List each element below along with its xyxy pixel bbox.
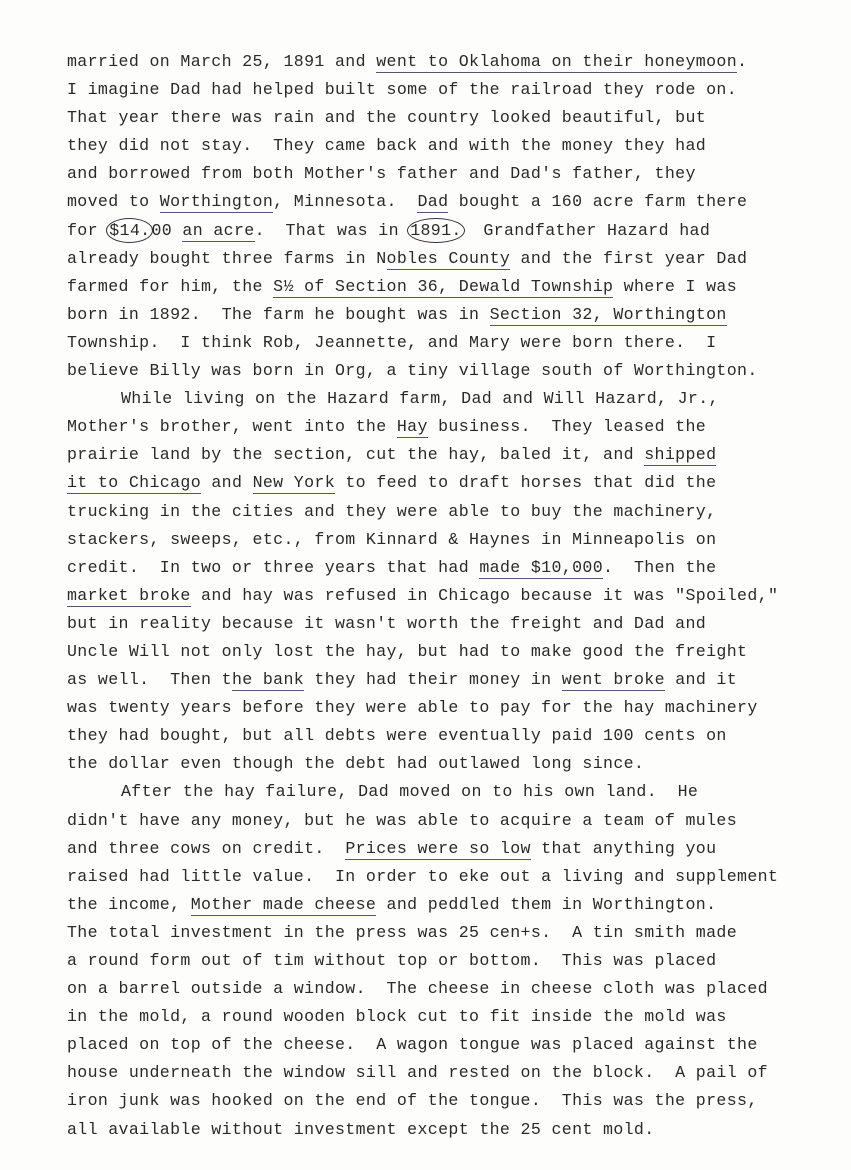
text-line: That year there was rain and the country… — [67, 104, 847, 132]
handwritten-underline: Section 32, Worthington — [490, 305, 727, 326]
text-segment: placed on top of the cheese. A wagon ton… — [67, 1035, 758, 1054]
text-segment: business. They leased the — [428, 417, 706, 436]
text-segment: born in 1892. The farm he bought was in — [67, 305, 490, 324]
text-segment: and borrowed from both Mother's father a… — [67, 164, 696, 183]
text-segment: house underneath the window sill and res… — [67, 1063, 768, 1082]
handwritten-underline: Worthington — [160, 192, 273, 213]
text-segment: moved to — [67, 192, 160, 211]
text-segment: While living on the Hazard farm, Dad and… — [121, 389, 719, 408]
text-segment: for — [67, 221, 108, 240]
text-line: and borrowed from both Mother's father a… — [67, 160, 847, 188]
text-segment: and hay was refused in Chicago because i… — [191, 586, 779, 605]
paragraph-start-line: While living on the Hazard farm, Dad and… — [67, 385, 847, 413]
text-segment: 00 — [151, 221, 182, 240]
text-line: farmed for him, the S½ of Section 36, De… — [67, 273, 847, 301]
text-segment: . — [737, 52, 747, 71]
paragraph-start-line: After the hay failure, Dad moved on to h… — [67, 778, 847, 806]
text-line: iron junk was hooked on the end of the t… — [67, 1087, 847, 1115]
text-line: didn't have any money, but he was able t… — [67, 807, 847, 835]
handwritten-underline: market broke — [67, 586, 191, 607]
handwritten-underline: shipped — [644, 445, 716, 466]
text-line: placed on top of the cheese. A wagon ton… — [67, 1031, 847, 1059]
handwritten-underline: went broke — [562, 670, 665, 691]
text-segment: in the mold, a round wooden block cut to… — [67, 1007, 727, 1026]
text-segment: credit. In two or three years that had — [67, 558, 479, 577]
text-line: raised had little value. In order to eke… — [67, 863, 847, 891]
text-segment: That year there was rain and the country… — [67, 108, 706, 127]
text-segment: and — [201, 473, 253, 492]
text-segment: The total investment in the press was 25… — [67, 923, 737, 942]
text-segment: farmed for him, the — [67, 277, 273, 296]
handwritten-underline: an acre — [182, 221, 254, 242]
text-segment: on a barrel outside a window. The cheese… — [67, 979, 768, 998]
text-line: The total investment in the press was 25… — [67, 919, 847, 947]
text-line: moved to Worthington, Minnesota. Dad bou… — [67, 188, 847, 216]
text-segment: all available without investment except … — [67, 1120, 655, 1139]
text-line: was twenty years before they were able t… — [67, 694, 847, 722]
text-segment: Uncle Will not only lost the hay, but ha… — [67, 642, 747, 661]
text-line: born in 1892. The farm he bought was in … — [67, 301, 847, 329]
text-line: for $14.00 an acre. That was in 1891. Gr… — [67, 217, 847, 245]
text-line: market broke and hay was refused in Chic… — [67, 582, 847, 610]
text-segment: Grandfather Hazard had — [463, 221, 710, 240]
text-line: Township. I think Rob, Jeannette, and Ma… — [67, 329, 847, 357]
text-line: the dollar even though the debt had outl… — [67, 750, 847, 778]
typed-page: married on March 25, 1891 and went to Ok… — [67, 48, 847, 1144]
text-segment: Township. I think Rob, Jeannette, and Ma… — [67, 333, 716, 352]
text-segment: Mother's brother, went into the — [67, 417, 397, 436]
handwritten-underline: Hay — [397, 417, 428, 438]
text-segment: trucking in the cities and they were abl… — [67, 502, 716, 521]
text-line: married on March 25, 1891 and went to Ok… — [67, 48, 847, 76]
text-segment: , Minnesota. — [273, 192, 417, 211]
text-segment: . Then the — [603, 558, 716, 577]
text-line: already bought three farms in Nobles Cou… — [67, 245, 847, 273]
handwritten-underline: obles County — [387, 249, 511, 270]
handwritten-underline: went to Oklahoma on their honeymoon — [376, 52, 737, 73]
handwritten-underline: made $10,000 — [479, 558, 603, 579]
text-line: I imagine Dad had helped built some of t… — [67, 76, 847, 104]
text-segment: the income, — [67, 895, 191, 914]
text-segment: didn't have any money, but he was able t… — [67, 811, 737, 830]
text-segment: they had their money in — [304, 670, 562, 689]
handwritten-circle: $14. — [106, 218, 153, 243]
text-segment: but in reality because it wasn't worth t… — [67, 614, 706, 633]
text-line: as well. Then the bank they had their mo… — [67, 666, 847, 694]
text-line: but in reality because it wasn't worth t… — [67, 610, 847, 638]
text-line: and three cows on credit. Prices were so… — [67, 835, 847, 863]
text-segment: I imagine Dad had helped built some of t… — [67, 80, 737, 99]
text-segment: and it — [665, 670, 737, 689]
text-segment: to feed to draft horses that did the — [335, 473, 716, 492]
text-line: they had bought, but all debts were even… — [67, 722, 847, 750]
text-line: in the mold, a round wooden block cut to… — [67, 1003, 847, 1031]
text-segment: and three cows on credit. — [67, 839, 345, 858]
text-segment: they did not stay. They came back and wi… — [67, 136, 706, 155]
text-line: stackers, sweeps, etc., from Kinnard & H… — [67, 526, 847, 554]
text-line: prairie land by the section, cut the hay… — [67, 441, 847, 469]
text-segment: raised had little value. In order to eke… — [67, 867, 778, 886]
text-segment: that anything you — [531, 839, 717, 858]
handwritten-underline: Mother made cheese — [191, 895, 377, 916]
handwritten-circle: 1891. — [407, 218, 465, 243]
text-line: it to Chicago and New York to feed to dr… — [67, 469, 847, 497]
text-segment: bought a 160 acre farm there — [448, 192, 747, 211]
handwritten-underline: Prices were so low — [345, 839, 531, 860]
text-segment: . That was in — [255, 221, 410, 240]
text-segment: prairie land by the section, cut the hay… — [67, 445, 644, 464]
handwritten-underline: Dad — [417, 192, 448, 213]
text-line: on a barrel outside a window. The cheese… — [67, 975, 847, 1003]
text-segment: married on March 25, 1891 and — [67, 52, 376, 71]
text-line: they did not stay. They came back and wi… — [67, 132, 847, 160]
text-segment: iron junk was hooked on the end of the t… — [67, 1091, 758, 1110]
text-line: trucking in the cities and they were abl… — [67, 498, 847, 526]
handwritten-underline: S½ of Section 36, Dewald Township — [273, 277, 613, 298]
text-segment: as well. Then t — [67, 670, 232, 689]
text-segment: already bought three farms in N — [67, 249, 387, 268]
text-segment: stackers, sweeps, etc., from Kinnard & H… — [67, 530, 716, 549]
text-line: all available without investment except … — [67, 1116, 847, 1144]
text-segment: the dollar even though the debt had outl… — [67, 754, 644, 773]
text-line: house underneath the window sill and res… — [67, 1059, 847, 1087]
text-segment: and the first year Dad — [510, 249, 747, 268]
text-segment: was twenty years before they were able t… — [67, 698, 758, 717]
text-segment: and peddled them in Worthington. — [376, 895, 716, 914]
handwritten-underline: New York — [253, 473, 335, 494]
text-line: Uncle Will not only lost the hay, but ha… — [67, 638, 847, 666]
text-line: a round form out of tim without top or b… — [67, 947, 847, 975]
text-line: credit. In two or three years that had m… — [67, 554, 847, 582]
handwritten-underline: it to Chicago — [67, 473, 201, 494]
text-segment: a round form out of tim without top or b… — [67, 951, 716, 970]
text-segment: where I was — [613, 277, 737, 296]
text-line: Mother's brother, went into the Hay busi… — [67, 413, 847, 441]
text-line: the income, Mother made cheese and peddl… — [67, 891, 847, 919]
text-segment: After the hay failure, Dad moved on to h… — [121, 782, 698, 801]
text-segment: they had bought, but all debts were even… — [67, 726, 727, 745]
text-line: believe Billy was born in Org, a tiny vi… — [67, 357, 847, 385]
text-segment: believe Billy was born in Org, a tiny vi… — [67, 361, 758, 380]
handwritten-underline: he bank — [232, 670, 304, 691]
